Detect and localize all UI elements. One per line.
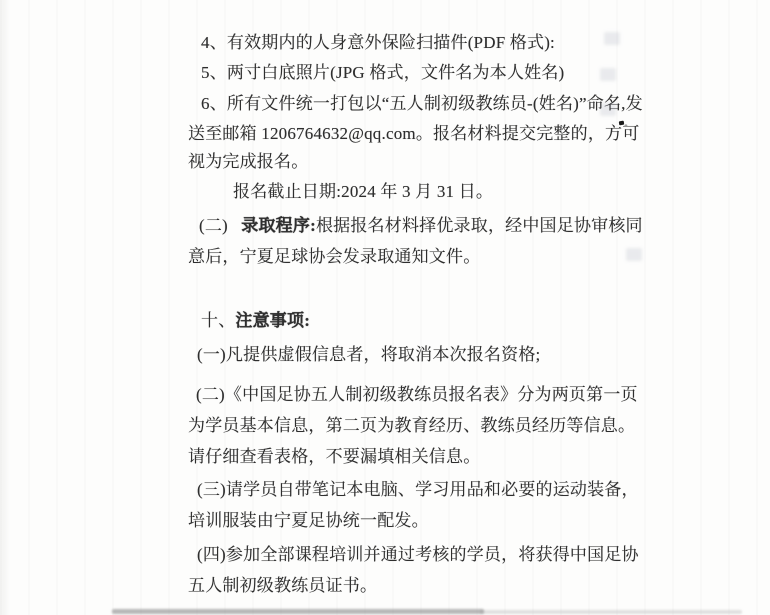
text-segment: 五人制初级教练员证书。 — [188, 576, 377, 595]
text-segment: 根据报名材料择优录取，经中国足协审核同 — [316, 216, 643, 235]
text-segment: (二)《中国足协五人制初级教练员报名表》分为两页第一页 — [196, 385, 638, 404]
text-segment: 报名截止日期:2024 年 3 月 31 日。 — [233, 182, 493, 201]
text-line: (二) 录取程序:根据报名材料择优录取，经中国足协审核同 — [199, 216, 643, 235]
text-segment-bold: 注意事项: — [235, 311, 310, 330]
bottom-scan-band — [112, 609, 484, 614]
scanned-document-page: 4、有效期内的人身意外保险扫描件(PDF 格式):5、两寸白底照片(JPG 格式… — [0, 0, 770, 615]
text-segment-bold: 录取程序: — [241, 216, 316, 235]
text-line: 报名截止日期:2024 年 3 月 31 日。 — [233, 182, 493, 201]
bleedthrough-mark — [600, 103, 616, 116]
bottom-scan-band — [480, 610, 742, 614]
text-line: 6、所有文件统一打包以“五人制初级教练员-(姓名)”命名,发 — [201, 94, 643, 113]
text-line: 培训服装由宁夏足协统一配发。 — [188, 511, 429, 530]
text-segment: 培训服装由宁夏足协统一配发。 — [188, 511, 429, 530]
text-segment: 请仔细查看表格，不要漏填相关信息。 — [188, 447, 480, 466]
text-line: (三)请学员自带笔记本电脑、学习用品和必要的运动装备， — [197, 480, 639, 499]
text-line: 视为完成报名。 — [188, 152, 308, 171]
text-line: 5、两寸白底照片(JPG 格式，文件名为本人姓名) — [201, 63, 564, 82]
text-line: 十、注意事项: — [201, 311, 310, 330]
text-line: 送至邮箱 1206764632@qq.com。报名材料提交完整的，方可 — [188, 124, 639, 143]
ink-speck-artifact — [619, 121, 625, 126]
text-segment: 十、 — [201, 311, 235, 330]
text-line: 五人制初级教练员证书。 — [188, 576, 377, 595]
text-line: 为学员基本信息，第二页为教育经历、教练员经历等信息。 — [188, 416, 635, 435]
bleedthrough-mark — [600, 68, 616, 81]
text-segment: 送至邮箱 1206764632@qq.com。报名材料提交完整的，方可 — [188, 124, 639, 143]
text-segment: 为学员基本信息，第二页为教育经历、教练员经历等信息。 — [188, 416, 635, 435]
text-segment: (四)参加全部课程培训并通过考核的学员，将获得中国足协 — [197, 545, 639, 564]
text-line: (二)《中国足协五人制初级教练员报名表》分为两页第一页 — [196, 385, 638, 404]
bleedthrough-mark — [626, 248, 642, 261]
text-segment: 视为完成报名。 — [188, 152, 308, 171]
text-segment: 4、有效期内的人身意外保险扫描件(PDF 格式): — [201, 33, 555, 52]
text-line: 请仔细查看表格，不要漏填相关信息。 — [188, 447, 480, 466]
text-segment: 5、两寸白底照片(JPG 格式，文件名为本人姓名) — [201, 63, 564, 82]
text-segment: (二) — [199, 216, 241, 235]
text-line: 意后，宁夏足球协会发录取通知文件。 — [188, 247, 480, 266]
text-line: (四)参加全部课程培训并通过考核的学员，将获得中国足协 — [197, 545, 639, 564]
bleedthrough-mark — [604, 32, 620, 45]
text-segment: 意后，宁夏足球协会发录取通知文件。 — [188, 247, 480, 266]
text-segment: (三)请学员自带笔记本电脑、学习用品和必要的运动装备， — [197, 480, 639, 499]
text-segment: 6、所有文件统一打包以“五人制初级教练员-(姓名)”命名,发 — [201, 94, 643, 113]
text-segment: (一)凡提供虚假信息者，将取消本次报名资格; — [197, 345, 540, 364]
text-line: (一)凡提供虚假信息者，将取消本次报名资格; — [197, 345, 540, 364]
text-line: 4、有效期内的人身意外保险扫描件(PDF 格式): — [201, 33, 555, 52]
